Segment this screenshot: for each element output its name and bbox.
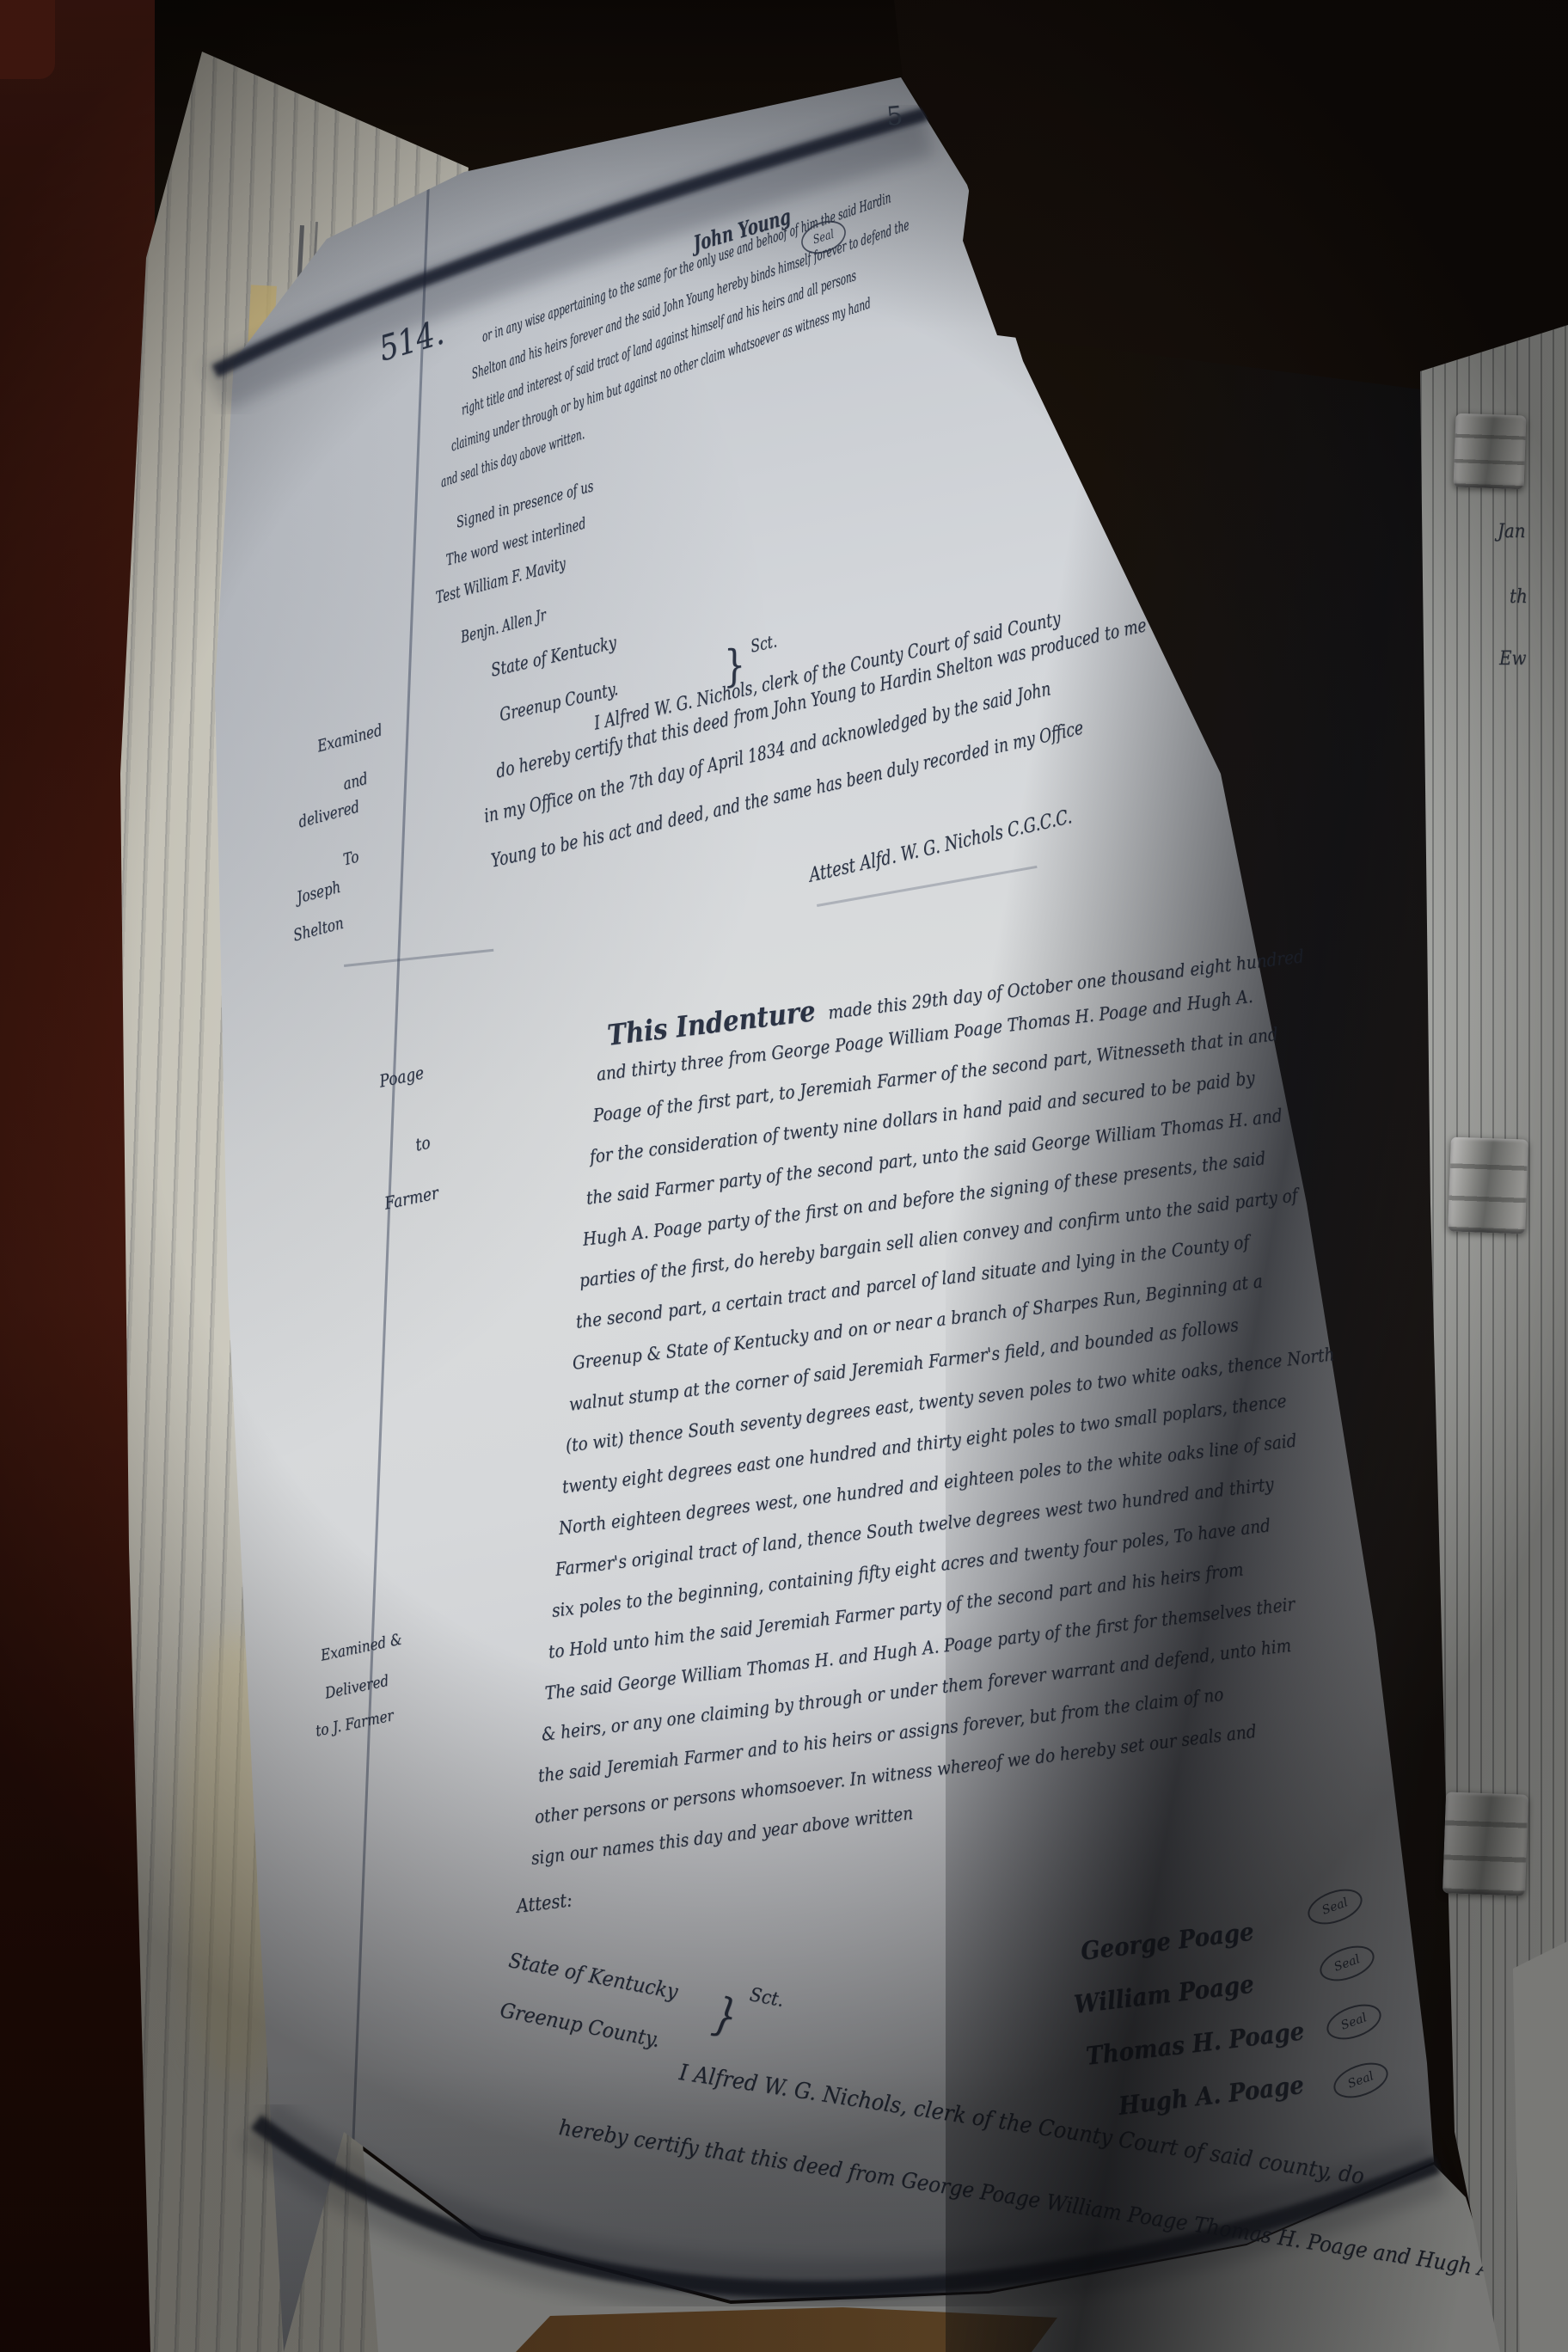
facing-page-number: 5 xyxy=(885,103,904,131)
seal-label: Seal xyxy=(1339,2011,1369,2033)
margin-note1-line: To xyxy=(342,848,360,868)
binder-clip xyxy=(1448,1136,1528,1234)
binder-clip xyxy=(1442,1792,1528,1896)
deed2-margin-line: to xyxy=(414,1134,432,1154)
jurat1-sct: Sct. xyxy=(750,632,778,655)
seal-label: Seal xyxy=(1320,1896,1350,1918)
seal-label: Seal xyxy=(812,228,836,248)
right-page-writing-fragment: th xyxy=(1510,588,1528,607)
right-page-writing-fragment: Jan xyxy=(1498,523,1525,542)
seal-label: Seal xyxy=(1332,1952,1362,1975)
deed-book-photograph: or in any wise appertaining to the same … xyxy=(0,0,1568,2352)
right-page-writing-fragment: Ew xyxy=(1499,650,1526,669)
book-cover-highlight xyxy=(0,0,55,79)
binder-clip xyxy=(1454,413,1527,490)
seal-label: Seal xyxy=(1346,2069,1375,2092)
